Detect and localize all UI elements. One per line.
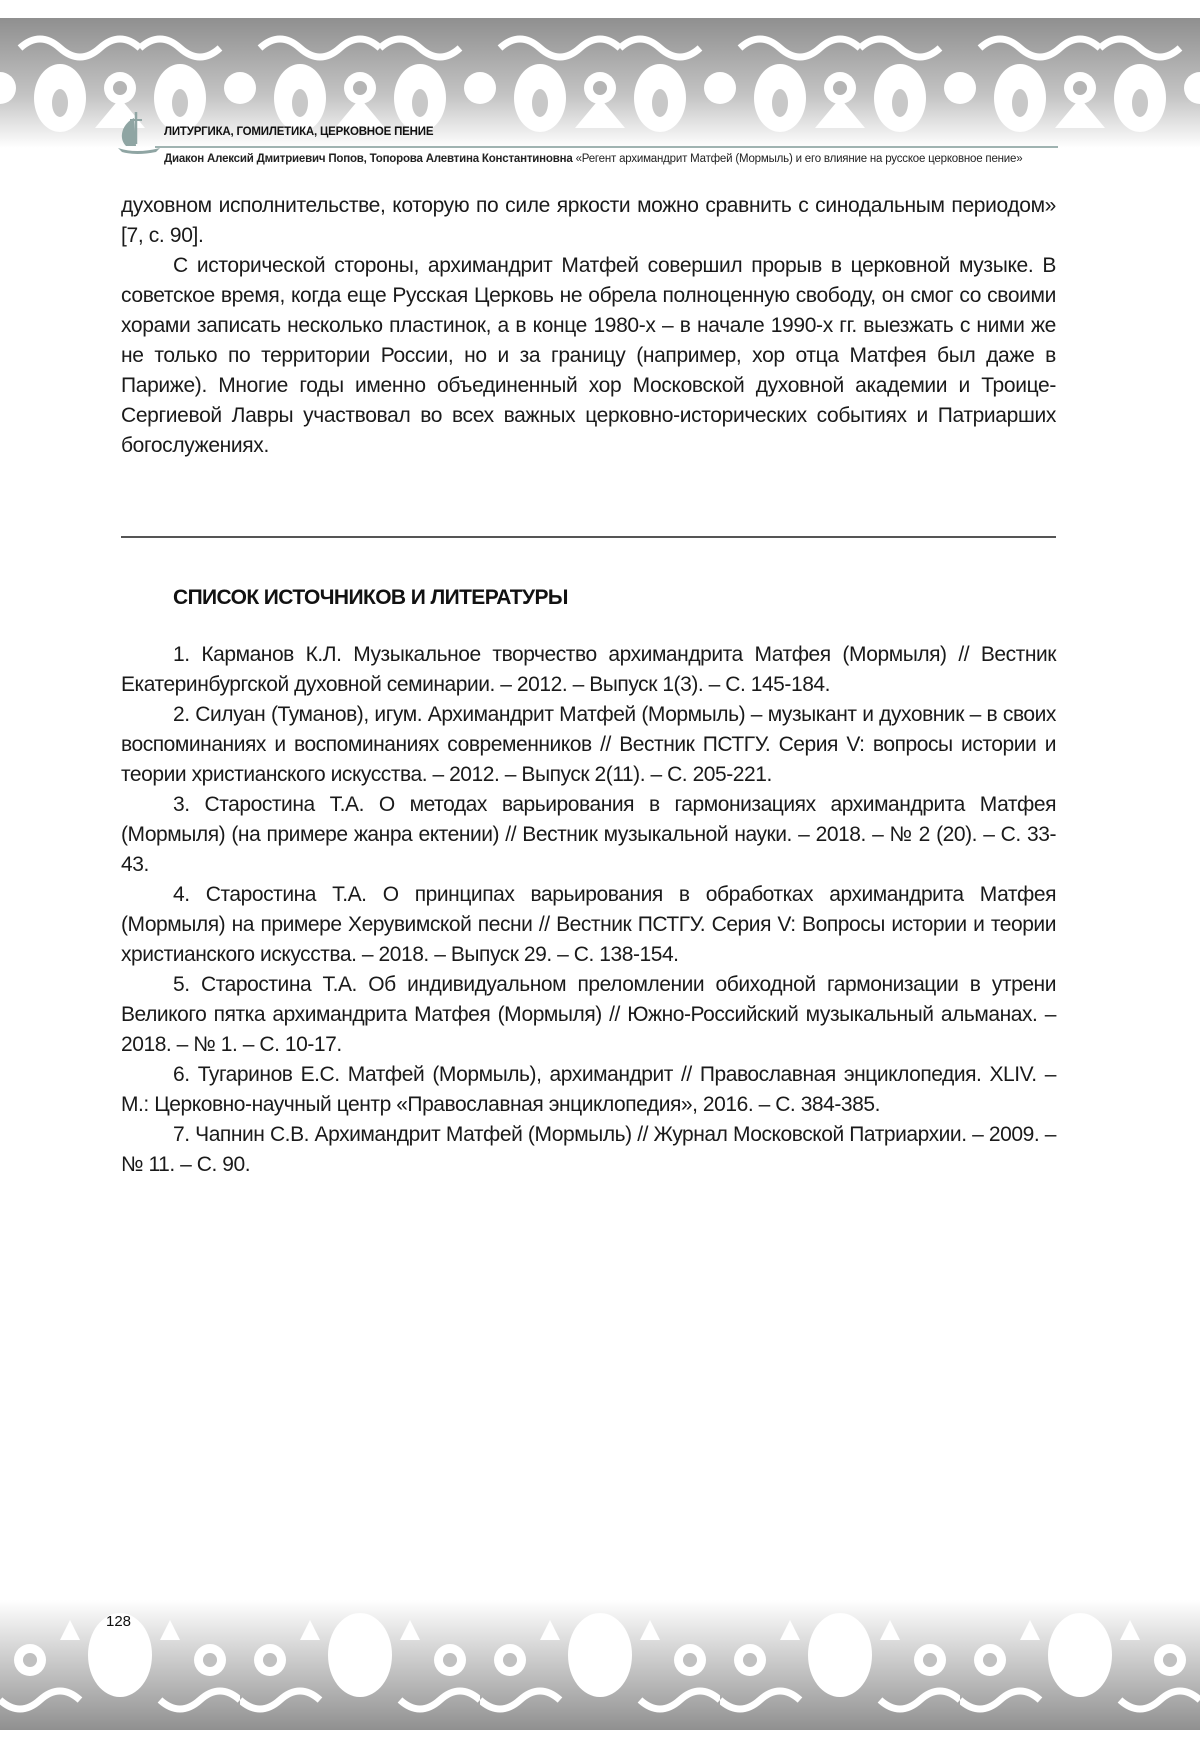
reference-item: 1. Карманов К.Л. Музыкальное творчество … xyxy=(121,640,1056,700)
references-list: 1. Карманов К.Л. Музыкальное творчество … xyxy=(121,640,1056,1180)
ornament-border-bottom-icon xyxy=(0,1600,1200,1730)
authors: Диакон Алексий Дмитриевич Попов, Топоров… xyxy=(164,153,573,165)
article-title: «Регент архимандрит Матфей (Мормыль) и е… xyxy=(576,153,1023,165)
paragraph: С исторической стороны, архимандрит Матф… xyxy=(121,251,1056,461)
reference-item: 3. Старостина Т.А. О методах варьировани… xyxy=(121,790,1056,880)
references-heading: СПИСОК ИСТОЧНИКОВ И ЛИТЕРАТУРЫ xyxy=(173,586,568,610)
reference-item: 2. Силуан (Туманов), игум. Архимандрит М… xyxy=(121,700,1056,790)
reference-item: 6. Тугаринов Е.С. Матфей (Мормыль), архи… xyxy=(121,1060,1056,1120)
body-text: духовном исполнительстве, которую по сил… xyxy=(121,191,1056,461)
article-byline: Диакон Алексий Дмитриевич Попов, Топоров… xyxy=(164,151,1064,168)
paragraph-continuation: духовном исполнительстве, которую по сил… xyxy=(121,191,1056,251)
reference-item: 7. Чапнин С.В. Архимандрит Матфей (Мормы… xyxy=(121,1120,1056,1180)
section-title: ЛИТУРГИКА, ГОМИЛЕТИКА, ЦЕРКОВНОЕ ПЕНИЕ xyxy=(164,126,433,138)
reference-item: 4. Старостина Т.А. О принципах варьирова… xyxy=(121,880,1056,970)
header-rule xyxy=(155,146,1058,148)
page-number: 128 xyxy=(106,1613,146,1630)
reference-item: 5. Старостина Т.А. Об индивидуальном пре… xyxy=(121,970,1056,1060)
section-divider xyxy=(121,536,1056,538)
